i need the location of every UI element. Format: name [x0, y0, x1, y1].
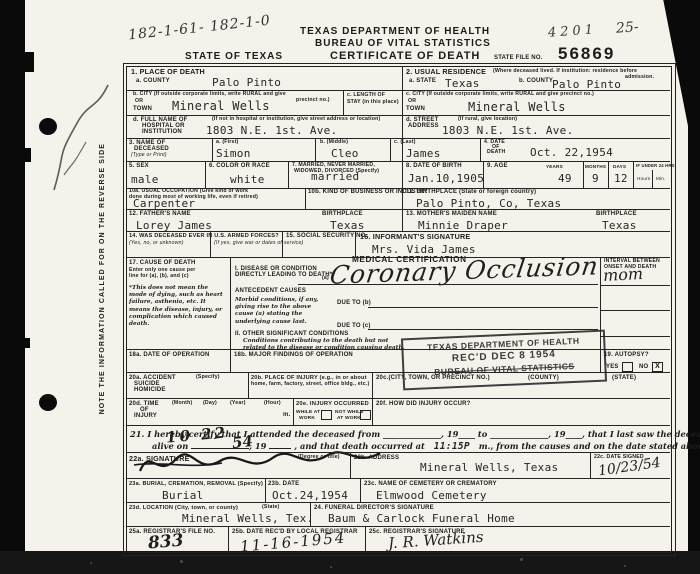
city-label-or: OR: [135, 99, 143, 105]
due-to-c-label: DUE TO (c): [337, 323, 371, 330]
disease-a-label: (a): [322, 276, 329, 282]
injury-month-label: (Month): [172, 401, 192, 407]
residence-city-or: OR: [408, 99, 416, 105]
grid-line: [230, 257, 231, 372]
middle-name-label: b. (Middle): [320, 140, 348, 146]
autopsy-yes-checkbox[interactable]: [622, 362, 633, 372]
grid-line: [126, 526, 670, 527]
header-state-of-texas: STATE OF TEXAS: [185, 51, 283, 63]
middle-name-value: Cleo: [331, 147, 359, 160]
age-months-value: 9: [592, 172, 599, 185]
first-name-value: Simon: [216, 147, 251, 160]
city-value: Mineral Wells: [172, 99, 270, 113]
grid-line: [205, 161, 206, 188]
city-label: b. CITY (If outside corporate limits, wr…: [133, 92, 286, 98]
injury-city-label: 20c.(CITY, TOWN, OR PRECINCT NO.): [376, 375, 490, 382]
grid-line: [350, 452, 351, 478]
grid-line: [368, 307, 598, 308]
mother-birthplace-label: BIRTHPLACE: [596, 211, 637, 218]
armed-forces-label: 14. WAS DECEASED EVER IN U.S. ARMED FORC…: [129, 233, 279, 239]
scan-edge-bump: [25, 52, 34, 72]
age-years-value: 49: [558, 172, 572, 185]
grid-line: [305, 188, 306, 209]
city-label-town: TOWN: [133, 106, 152, 113]
grid-line: [126, 115, 670, 116]
mother-name-label: 13. MOTHER'S MAIDEN NAME: [406, 211, 497, 218]
physician-signature: [132, 445, 392, 479]
not-while-label-2: AT WORK: [337, 416, 361, 422]
address-label: 22b. ADDRESS: [354, 455, 399, 462]
date-of-death-value: Oct. 22,1954: [530, 146, 613, 159]
grid-line: [126, 425, 670, 426]
armed-forces-note-1: (Yes, no, or unknown): [129, 241, 184, 247]
age-days-value: 12: [614, 172, 628, 185]
informant-label: 16. INFORMANT'S SIGNATURE: [360, 233, 470, 241]
grid-line: [600, 336, 670, 337]
scan-left-edge: [0, 0, 25, 574]
grid-line: [126, 257, 670, 258]
scan-noise-dot: [520, 558, 523, 561]
age-months-label: MONTHS: [585, 164, 606, 169]
grid-line: [126, 502, 670, 503]
date-of-death-label-3: DEATH: [487, 150, 505, 156]
last-name-label: c. (Last): [394, 140, 416, 146]
burial-location-label: 23d. LOCATION (City, town, or county): [129, 505, 238, 511]
while-at-work-label-2: WORK: [299, 416, 315, 422]
grid-line: [126, 398, 670, 399]
date-of-operation-label: 18a. DATE OF OPERATION: [129, 352, 210, 359]
place-address-value: 1803 N.E. 1st. Ave.: [206, 124, 338, 137]
race-value: white: [230, 173, 265, 186]
certify-line-2-end: m., from the causes and on the date stat…: [479, 441, 700, 451]
injury-county-label: (COUNTY): [528, 375, 559, 382]
grid-line: [608, 161, 609, 188]
while-at-work-checkbox[interactable]: [321, 410, 332, 420]
grid-line: [126, 188, 670, 189]
interval-value: mom: [603, 264, 644, 285]
hospital-note: (If not in hospital or institution, give…: [212, 117, 380, 123]
injury-state-label: (STATE): [612, 375, 636, 382]
scan-noise-dot: [330, 566, 332, 568]
race-label: 6. COLOR OR RACE: [209, 163, 270, 170]
header-bureau: BUREAU OF VITAL STATISTICS: [315, 38, 491, 50]
accident-specify-note: (Specify): [196, 375, 220, 381]
burial-label: 23a. BURIAL, CREMATION, REMOVAL (Specify…: [129, 481, 263, 487]
autopsy-label: 19. AUTOPSY?: [604, 352, 649, 359]
street-note: (If rural, give location): [458, 117, 517, 123]
handwritten-number-2: 25-: [615, 19, 639, 37]
grid-line: [288, 161, 289, 188]
armed-forces-note-2: (If yes, give war or dates of service): [214, 241, 303, 247]
disease-label-2: DIRECTLY LEADING TO DEATH*: [235, 272, 332, 279]
funeral-director-label: 24. FUNERAL DIRECTOR'S SIGNATURE: [314, 505, 434, 512]
hours-label: Hours: [637, 176, 650, 181]
grid-line: [360, 478, 361, 502]
grid-line: [126, 209, 670, 210]
grid-line: [390, 138, 391, 161]
injury-day-label: (Day): [203, 401, 217, 407]
cemetery-label: 23c. NAME OF CEMETERY OR CREMATORY: [364, 481, 497, 488]
residence-city-label: c. CITY (If outside corporate limits, wr…: [406, 92, 594, 98]
grid-line: [310, 502, 311, 526]
street-label-2: ADDRESS: [408, 123, 439, 130]
burial-value: Burial: [162, 489, 204, 502]
while-at-work-label-1: WHILE AT: [296, 410, 320, 416]
county-label: a. COUNTY: [136, 78, 170, 85]
grid-line: [298, 284, 598, 285]
grid-line: [282, 231, 283, 257]
usual-residence-note: (Where deceased lived. If institution: r…: [493, 69, 637, 75]
grid-line: [633, 161, 634, 188]
header-department: TEXAS DEPARTMENT OF HEALTH: [300, 26, 490, 38]
dob-value: Jan.10,1905: [408, 172, 484, 185]
burial-date-value: Oct.24,1954: [272, 489, 348, 502]
hospital-label-3: INSTITUTION: [142, 129, 182, 136]
scan-edge-bump: [25, 148, 31, 162]
cemetery-value: Elmwood Cemetery: [376, 489, 487, 502]
grid-line: [402, 66, 403, 231]
scanned-death-certificate: NOTE THE INFORMATION CALLED FOR ON THE R…: [0, 0, 700, 574]
grid-line: [583, 161, 584, 188]
morbid-note: Morbid conditions, if any, giving rise t…: [235, 297, 327, 326]
grid-line: [210, 231, 211, 257]
grid-line: [600, 257, 601, 372]
state-file-no-value: 56869: [558, 44, 615, 64]
due-to-b-label: DUE TO (b): [337, 300, 371, 307]
autopsy-no-label: NO: [639, 364, 648, 371]
grid-line: [365, 526, 366, 551]
name-title-3: (Type or Print): [131, 153, 167, 159]
burial-location-state-note: (State): [262, 505, 280, 511]
marital-value: married: [311, 170, 359, 183]
father-name-label: 12. FATHER'S NAME: [129, 211, 191, 218]
grid-line: [126, 231, 670, 232]
usual-residence-title: 2. USUAL RESIDENCE: [406, 68, 486, 76]
last-name-value: James: [406, 147, 441, 160]
age-label: 9. AGE: [487, 163, 508, 170]
grid-line: [126, 349, 670, 350]
grid-line: [293, 398, 294, 425]
residence-state-value: Texas: [445, 77, 480, 90]
residence-city-town: TOWN: [406, 106, 425, 113]
first-name-label: a. (First): [216, 140, 238, 146]
scan-noise-dot: [624, 565, 626, 567]
grid-line: [355, 231, 356, 257]
residence-city-value: Mineral Wells: [468, 100, 566, 114]
injury-year-label: (Year): [230, 401, 246, 407]
grid-line: [483, 161, 484, 188]
grid-line: [480, 138, 481, 161]
state-file-no-label: STATE FILE NO.: [494, 55, 543, 62]
sex-label: 5. SEX: [129, 163, 149, 170]
residence-state-label: a. STATE: [409, 78, 436, 85]
how-injury-label: 20f. HOW DID INJURY OCCUR?: [376, 401, 471, 408]
cause-footnote: *This does not mean the mode of dying, s…: [129, 285, 226, 328]
burial-date-label: 23b. DATE: [268, 481, 299, 488]
age-years-label: YEARS: [546, 164, 563, 169]
header-title: CERTIFICATE OF DEATH: [330, 50, 480, 63]
not-while-at-work-checkbox[interactable]: [360, 410, 371, 420]
grid-line: [126, 138, 670, 139]
county-value: Palo Pinto: [212, 76, 281, 89]
registrar-file-no-value: 833: [147, 530, 184, 553]
injury-m-label: m.: [283, 412, 290, 419]
grid-line: [600, 310, 670, 311]
injury-hour-label: (Hour): [264, 401, 281, 407]
punch-hole: [39, 394, 57, 411]
injury-occurred-label: 20e. INJURY OCCURRED: [296, 401, 369, 408]
min-label: Min.: [656, 176, 665, 181]
street-value: 1803 N.E. 1st. Ave.: [442, 124, 574, 137]
grid-line: [265, 478, 266, 502]
scan-edge-bump: [25, 338, 30, 348]
length-of-stay-label-2: STAY (in this place): [347, 100, 399, 106]
scan-noise-dot: [180, 560, 183, 563]
place-of-injury-label-2: home, farm, factory, street, office bldg…: [251, 382, 369, 388]
birthplace-label: 11. BIRTHPLACE (State or foreign country…: [406, 189, 536, 196]
grid-line: [126, 478, 670, 479]
grid-line: [315, 138, 316, 161]
antecedent-label: ANTECEDENT CAUSES: [235, 288, 306, 295]
other-conditions-label: II. OTHER SIGNIFICANT CONDITIONS: [235, 331, 348, 338]
grid-line: [590, 452, 591, 478]
grid-line: [126, 452, 670, 453]
dob-label: 8. DATE OF BIRTH: [406, 163, 462, 170]
funeral-director-value: Baum & Carlock Funeral Home: [328, 512, 515, 525]
city-precinct-note: precinct no.): [296, 98, 330, 104]
residence-county-label: b. COUNTY: [519, 78, 553, 85]
grid-line: [372, 398, 373, 425]
scan-noise-dot: [90, 562, 92, 564]
sex-value: male: [131, 173, 159, 186]
autopsy-yes-label: YES: [606, 364, 619, 371]
other-conditions-note: Conditions contributing to the death but…: [243, 338, 413, 352]
time-of-injury-label-3: INJURY: [134, 413, 157, 420]
grid-line: [126, 372, 670, 373]
grid-line: [126, 161, 670, 162]
grid-line: [248, 372, 249, 398]
major-findings-label: 18b. MAJOR FINDINGS OF OPERATION: [234, 352, 353, 359]
accident-label-3: HOMICIDE: [134, 387, 166, 394]
cause-note-2: line for (a), (b), and (c): [129, 274, 189, 280]
autopsy-no-checkbox[interactable]: X: [652, 362, 663, 372]
grid-line: [228, 526, 229, 551]
grid-line: [368, 329, 598, 330]
usual-residence-note-2: admission.: [625, 75, 654, 81]
father-birthplace-label: BIRTHPLACE: [322, 211, 363, 218]
grid-line: [372, 372, 373, 398]
grid-line: [126, 90, 670, 91]
place-of-death-title: 1. PLACE OF DEATH: [131, 68, 205, 76]
margin-handwriting-scribble: [46, 80, 116, 200]
grid-line: [652, 170, 653, 188]
cause-of-death-title: 17. CAUSE OF DEATH: [129, 260, 196, 267]
under-24-label: IF UNDER 24 HRS.: [636, 164, 676, 169]
grid-line: [343, 90, 344, 115]
grid-line: [212, 138, 213, 161]
address-value: Mineral Wells, Texas: [420, 461, 558, 474]
age-days-label: DAYS: [613, 164, 626, 169]
burial-location-value: Mineral Wells, Tex.: [182, 512, 314, 525]
grid-line: [600, 285, 670, 286]
